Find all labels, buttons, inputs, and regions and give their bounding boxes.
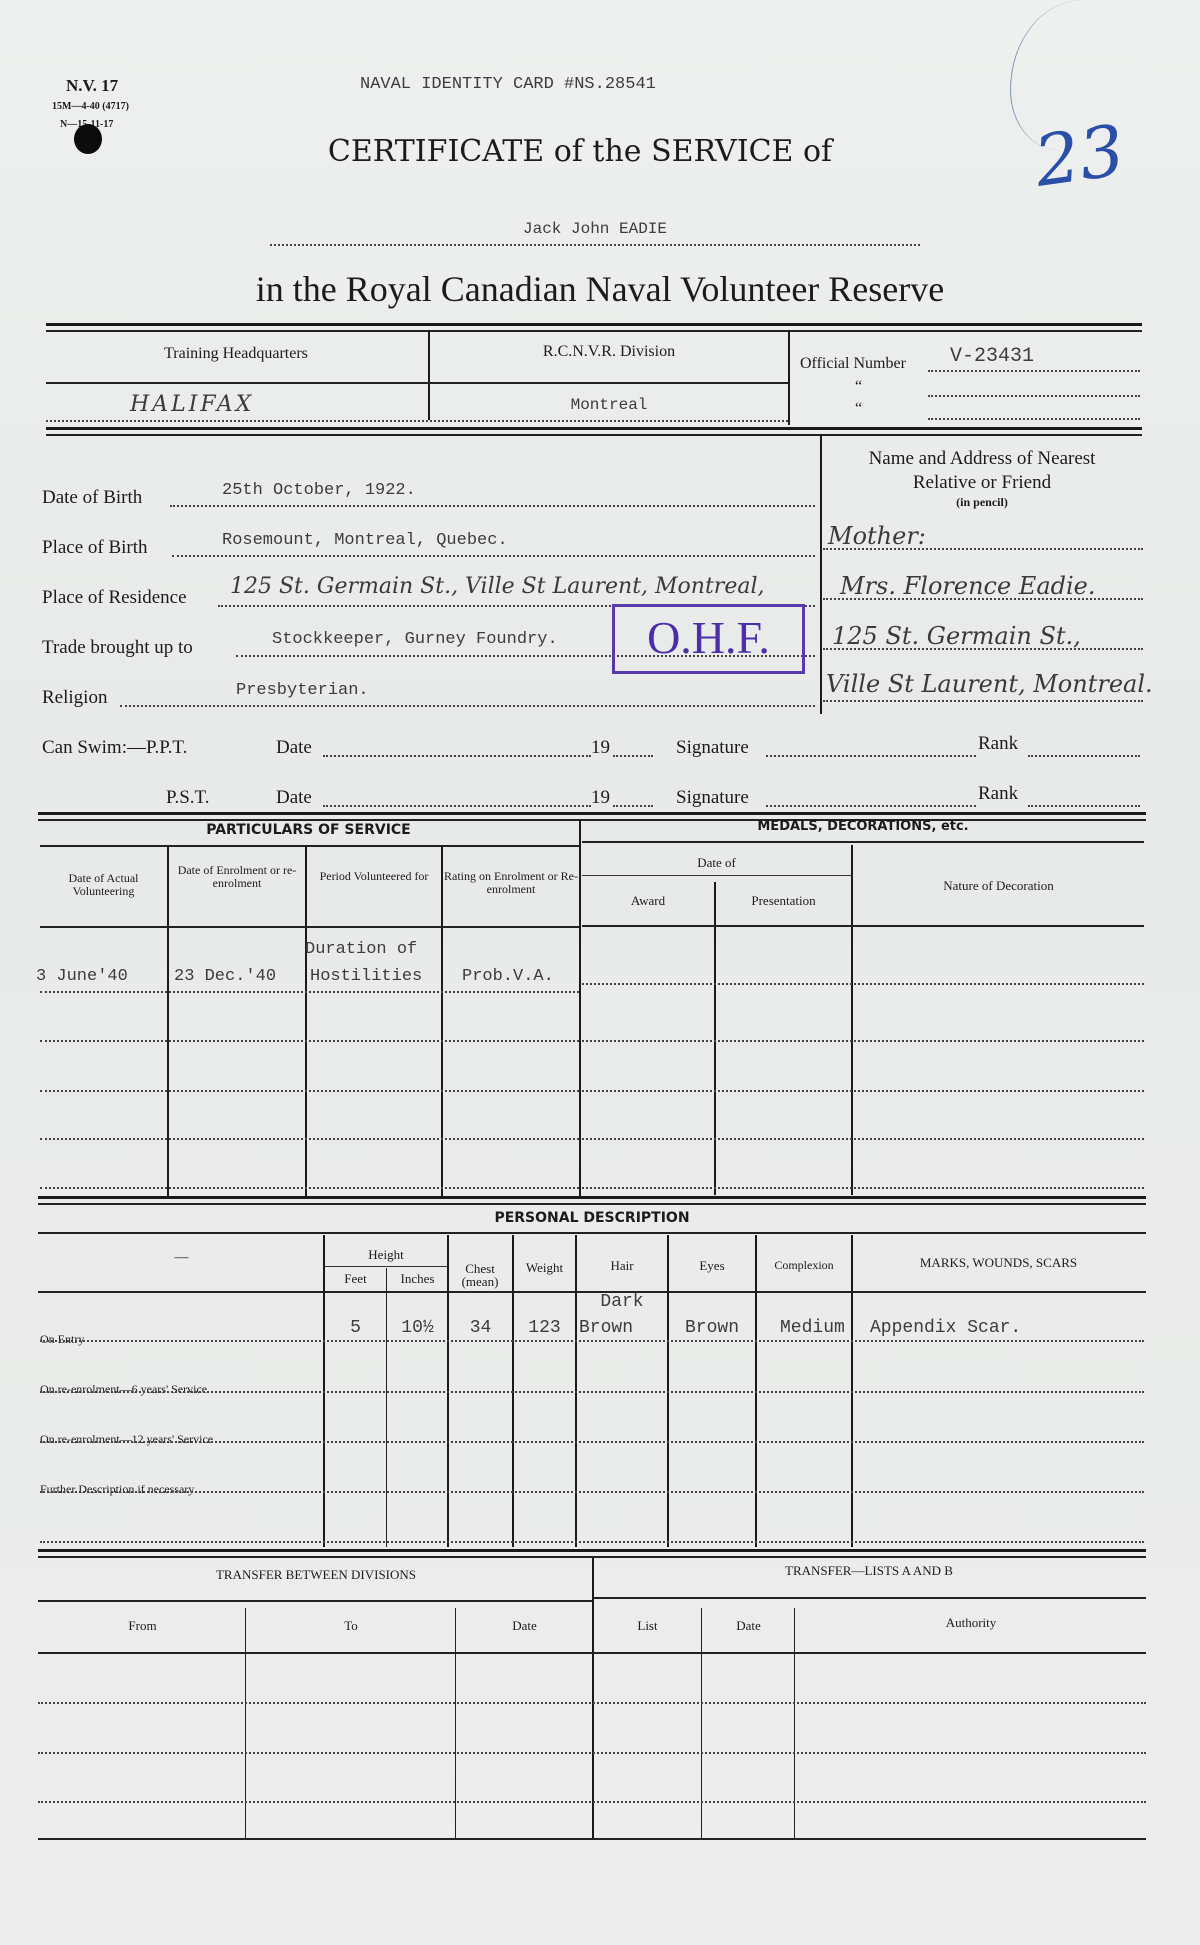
rule <box>38 1196 1146 1199</box>
period-value-line-2: Hostilities <box>310 967 422 986</box>
kin-line-4: Ville St Laurent, Montreal. <box>826 670 1153 698</box>
inches-value: 10½ <box>388 1318 447 1338</box>
ppt-year-prefix: 19 <box>591 737 610 759</box>
rule <box>823 700 1143 702</box>
rule <box>794 1608 795 1840</box>
rule <box>38 1838 1146 1840</box>
rule <box>40 1090 579 1092</box>
rule <box>323 805 591 807</box>
rule <box>40 1040 579 1042</box>
col-enrolment-date: Date of Enrolment or re-enrolment <box>169 864 305 890</box>
swim-ppt-label: Can Swim:—P.P.T. <box>42 737 187 759</box>
ppt-rank-label: Rank <box>978 733 1018 755</box>
rule <box>928 418 1140 420</box>
chest-value: 34 <box>449 1318 512 1338</box>
kin-line-2: Mrs. Florence Eadie. <box>840 572 1096 600</box>
rule <box>928 395 1140 397</box>
rule <box>823 548 1143 550</box>
rule <box>766 805 976 807</box>
particulars-title: PARTICULARS OF SERVICE <box>40 822 577 838</box>
col-feet: Feet <box>325 1271 386 1287</box>
rule <box>1028 805 1140 807</box>
kin-line-1: Mother: <box>828 522 926 550</box>
rule <box>40 926 579 928</box>
col-from: From <box>40 1618 245 1634</box>
training-hq-label: Training Headquarters <box>46 345 426 363</box>
official-number-label: Official Number <box>800 355 906 373</box>
col-authority: Authority <box>796 1615 1146 1631</box>
title-text: CERTIFICATE of the SERVICE of <box>328 134 832 169</box>
rule <box>46 420 788 422</box>
rule <box>38 1801 1146 1803</box>
religion-label: Religion <box>42 687 107 709</box>
pst-rank-label: Rank <box>978 783 1018 805</box>
next-of-kin-heading-line-1: Name and Address of Nearest <box>822 447 1142 471</box>
col-eyes: Eyes <box>669 1258 755 1274</box>
transfer-divisions-title: TRANSFER BETWEEN DIVISIONS <box>40 1567 592 1583</box>
col-to: To <box>247 1618 455 1634</box>
rule <box>582 875 851 876</box>
rule <box>38 1232 1146 1234</box>
blank-header-dash: — <box>40 1250 323 1266</box>
residence-value: 125 St. Germain St., Ville St Laurent, M… <box>230 574 764 599</box>
rule <box>305 845 307 1197</box>
rule <box>46 382 788 384</box>
title-line-1: CERTIFICATE of the SERVICE of <box>200 132 960 170</box>
rule <box>582 1187 1144 1189</box>
dob-label: Date of Birth <box>42 487 142 509</box>
rule <box>40 1391 1144 1393</box>
col-actual-volunteering: Date of Actual Volunteering <box>40 872 167 898</box>
rule <box>592 1558 594 1840</box>
row-label-reenrol-12: On re-enrolment—12 years' Service <box>40 1432 213 1447</box>
training-hq-value: HALIFAX <box>130 392 254 417</box>
rule <box>167 845 169 1197</box>
rule <box>40 1340 1144 1342</box>
col-hair: Hair <box>577 1258 667 1274</box>
ditto-mark: “ <box>855 378 862 396</box>
rule <box>46 427 1142 430</box>
rule <box>40 1441 1144 1443</box>
pst-date-label: Date <box>276 787 312 809</box>
rule <box>325 1266 447 1267</box>
feet-value: 5 <box>325 1318 386 1338</box>
rule <box>245 1608 246 1840</box>
rule <box>38 1203 1146 1205</box>
official-number-value: V-23431 <box>950 345 1034 368</box>
rule <box>120 705 815 707</box>
rule <box>582 841 1144 843</box>
rule <box>594 1597 1146 1599</box>
col-complexion: Complexion <box>757 1258 851 1273</box>
rule <box>46 323 1142 326</box>
rule <box>40 1187 579 1189</box>
kin-line-3: 125 St. Germain St., <box>832 622 1081 650</box>
col-chest: Chest (mean) <box>452 1262 508 1288</box>
rule <box>40 845 579 847</box>
rule <box>928 370 1140 372</box>
next-of-kin-heading-line-2: Relative or Friend <box>822 471 1142 495</box>
rule <box>46 434 1142 436</box>
col-inches: Inches <box>388 1271 447 1287</box>
col-period: Period Volunteered for <box>307 870 441 883</box>
rule <box>582 925 1144 927</box>
pob-value: Rosemount, Montreal, Quebec. <box>222 531 508 550</box>
col-list: List <box>594 1618 701 1634</box>
form-code: N.V. 17 <box>66 76 118 96</box>
rule <box>823 648 1143 650</box>
residence-label: Place of Residence <box>42 587 187 609</box>
service-certificate: N.V. 17 15M—4-40 (4717) N—15-11-17 NAVAL… <box>0 0 1200 1945</box>
medals-title: MEDALS, DECORATIONS, etc. <box>582 819 1144 834</box>
col-weight: Weight <box>514 1260 575 1276</box>
rule <box>38 1702 1146 1704</box>
rule <box>1028 755 1140 757</box>
rule <box>582 1040 1144 1042</box>
row-label-further: Further Description if necessary <box>40 1482 194 1497</box>
rule <box>38 1652 1146 1654</box>
rule <box>172 555 815 557</box>
pst-year-prefix: 19 <box>591 787 610 809</box>
member-name: Jack John EADIE <box>270 220 920 238</box>
name-line <box>270 244 920 246</box>
rule <box>701 1608 702 1840</box>
complexion-value: Medium <box>780 1318 845 1338</box>
rule <box>386 1268 387 1547</box>
weight-value: 123 <box>514 1318 575 1338</box>
col-rating: Rating on Enrolment or Re-enrolment <box>443 870 579 896</box>
eyes-value: Brown <box>669 1318 755 1338</box>
rule <box>40 1491 1144 1493</box>
rule <box>170 505 815 507</box>
rule <box>766 755 976 757</box>
trade-label: Trade brought up to <box>42 637 193 659</box>
division-label: R.C.N.V.R. Division <box>430 343 788 361</box>
rule <box>38 812 1146 815</box>
col-presentation: Presentation <box>716 893 851 909</box>
rule <box>582 983 1144 985</box>
transfer-lists-title: TRANSFER—LISTS A AND B <box>594 1563 1144 1579</box>
title-line-2: in the Royal Canadian Naval Volunteer Re… <box>100 268 1100 310</box>
col-list-date: Date <box>703 1618 794 1634</box>
pencil-note: (in pencil) <box>822 495 1142 509</box>
rule <box>46 330 1142 332</box>
rule <box>579 819 581 1199</box>
identity-card-number: NAVAL IDENTITY CARD #NS.28541 <box>360 75 656 94</box>
ditto-mark: “ <box>855 400 862 418</box>
row-label-reenrol-6: On re-enrolment—6 years' Service <box>40 1382 207 1397</box>
next-of-kin-heading: Name and Address of Nearest Relative or … <box>822 447 1142 509</box>
dob-value: 25th October, 1922. <box>222 481 416 500</box>
rule <box>788 330 790 425</box>
rule <box>38 1600 592 1602</box>
rule <box>38 1752 1146 1754</box>
rule <box>582 1090 1144 1092</box>
rule <box>323 755 591 757</box>
date-of-label: Date of <box>582 855 851 871</box>
actual-volunteering-value: 3 June'40 <box>36 967 128 986</box>
enrolment-date-value: 23 Dec.'40 <box>174 967 276 986</box>
col-award: Award <box>582 893 714 909</box>
col-division-date: Date <box>457 1618 592 1634</box>
rule <box>40 1138 579 1140</box>
rule <box>582 1138 1144 1140</box>
rule <box>441 845 443 1197</box>
ohf-stamp: O.H.F. <box>612 604 805 674</box>
height-label: Height <box>325 1247 447 1263</box>
pst-signature-label: Signature <box>676 787 749 809</box>
description-title: PERSONAL DESCRIPTION <box>40 1210 1144 1226</box>
rule <box>823 598 1143 600</box>
ppt-date-label: Date <box>276 737 312 759</box>
religion-value: Presbyterian. <box>236 681 369 700</box>
pob-label: Place of Birth <box>42 537 148 559</box>
rule <box>851 845 853 1195</box>
period-value-line-1: Duration of <box>305 940 417 959</box>
trade-value: Stockkeeper, Gurney Foundry. <box>272 630 558 649</box>
col-marks: MARKS, WOUNDS, SCARS <box>853 1255 1144 1271</box>
col-nature-of-decoration: Nature of Decoration <box>853 878 1144 894</box>
rule <box>40 1541 1144 1543</box>
ppt-signature-label: Signature <box>676 737 749 759</box>
print-code-1: 15M—4-40 (4717) <box>52 101 129 112</box>
division-value: Montreal <box>430 396 788 414</box>
pencil-arc <box>1010 0 1131 150</box>
marks-value: Appendix Scar. <box>870 1318 1021 1338</box>
rule <box>613 805 653 807</box>
hair-value-line-2: Brown <box>579 1318 633 1338</box>
rule <box>714 882 716 1195</box>
punch-hole <box>74 124 102 154</box>
rating-value: Prob.V.A. <box>462 967 554 986</box>
rule <box>455 1608 456 1840</box>
rule <box>38 1549 1146 1552</box>
hair-value-line-1: Dark <box>577 1292 667 1312</box>
pst-label: P.S.T. <box>166 787 209 809</box>
rule <box>40 991 579 993</box>
rule <box>613 755 653 757</box>
